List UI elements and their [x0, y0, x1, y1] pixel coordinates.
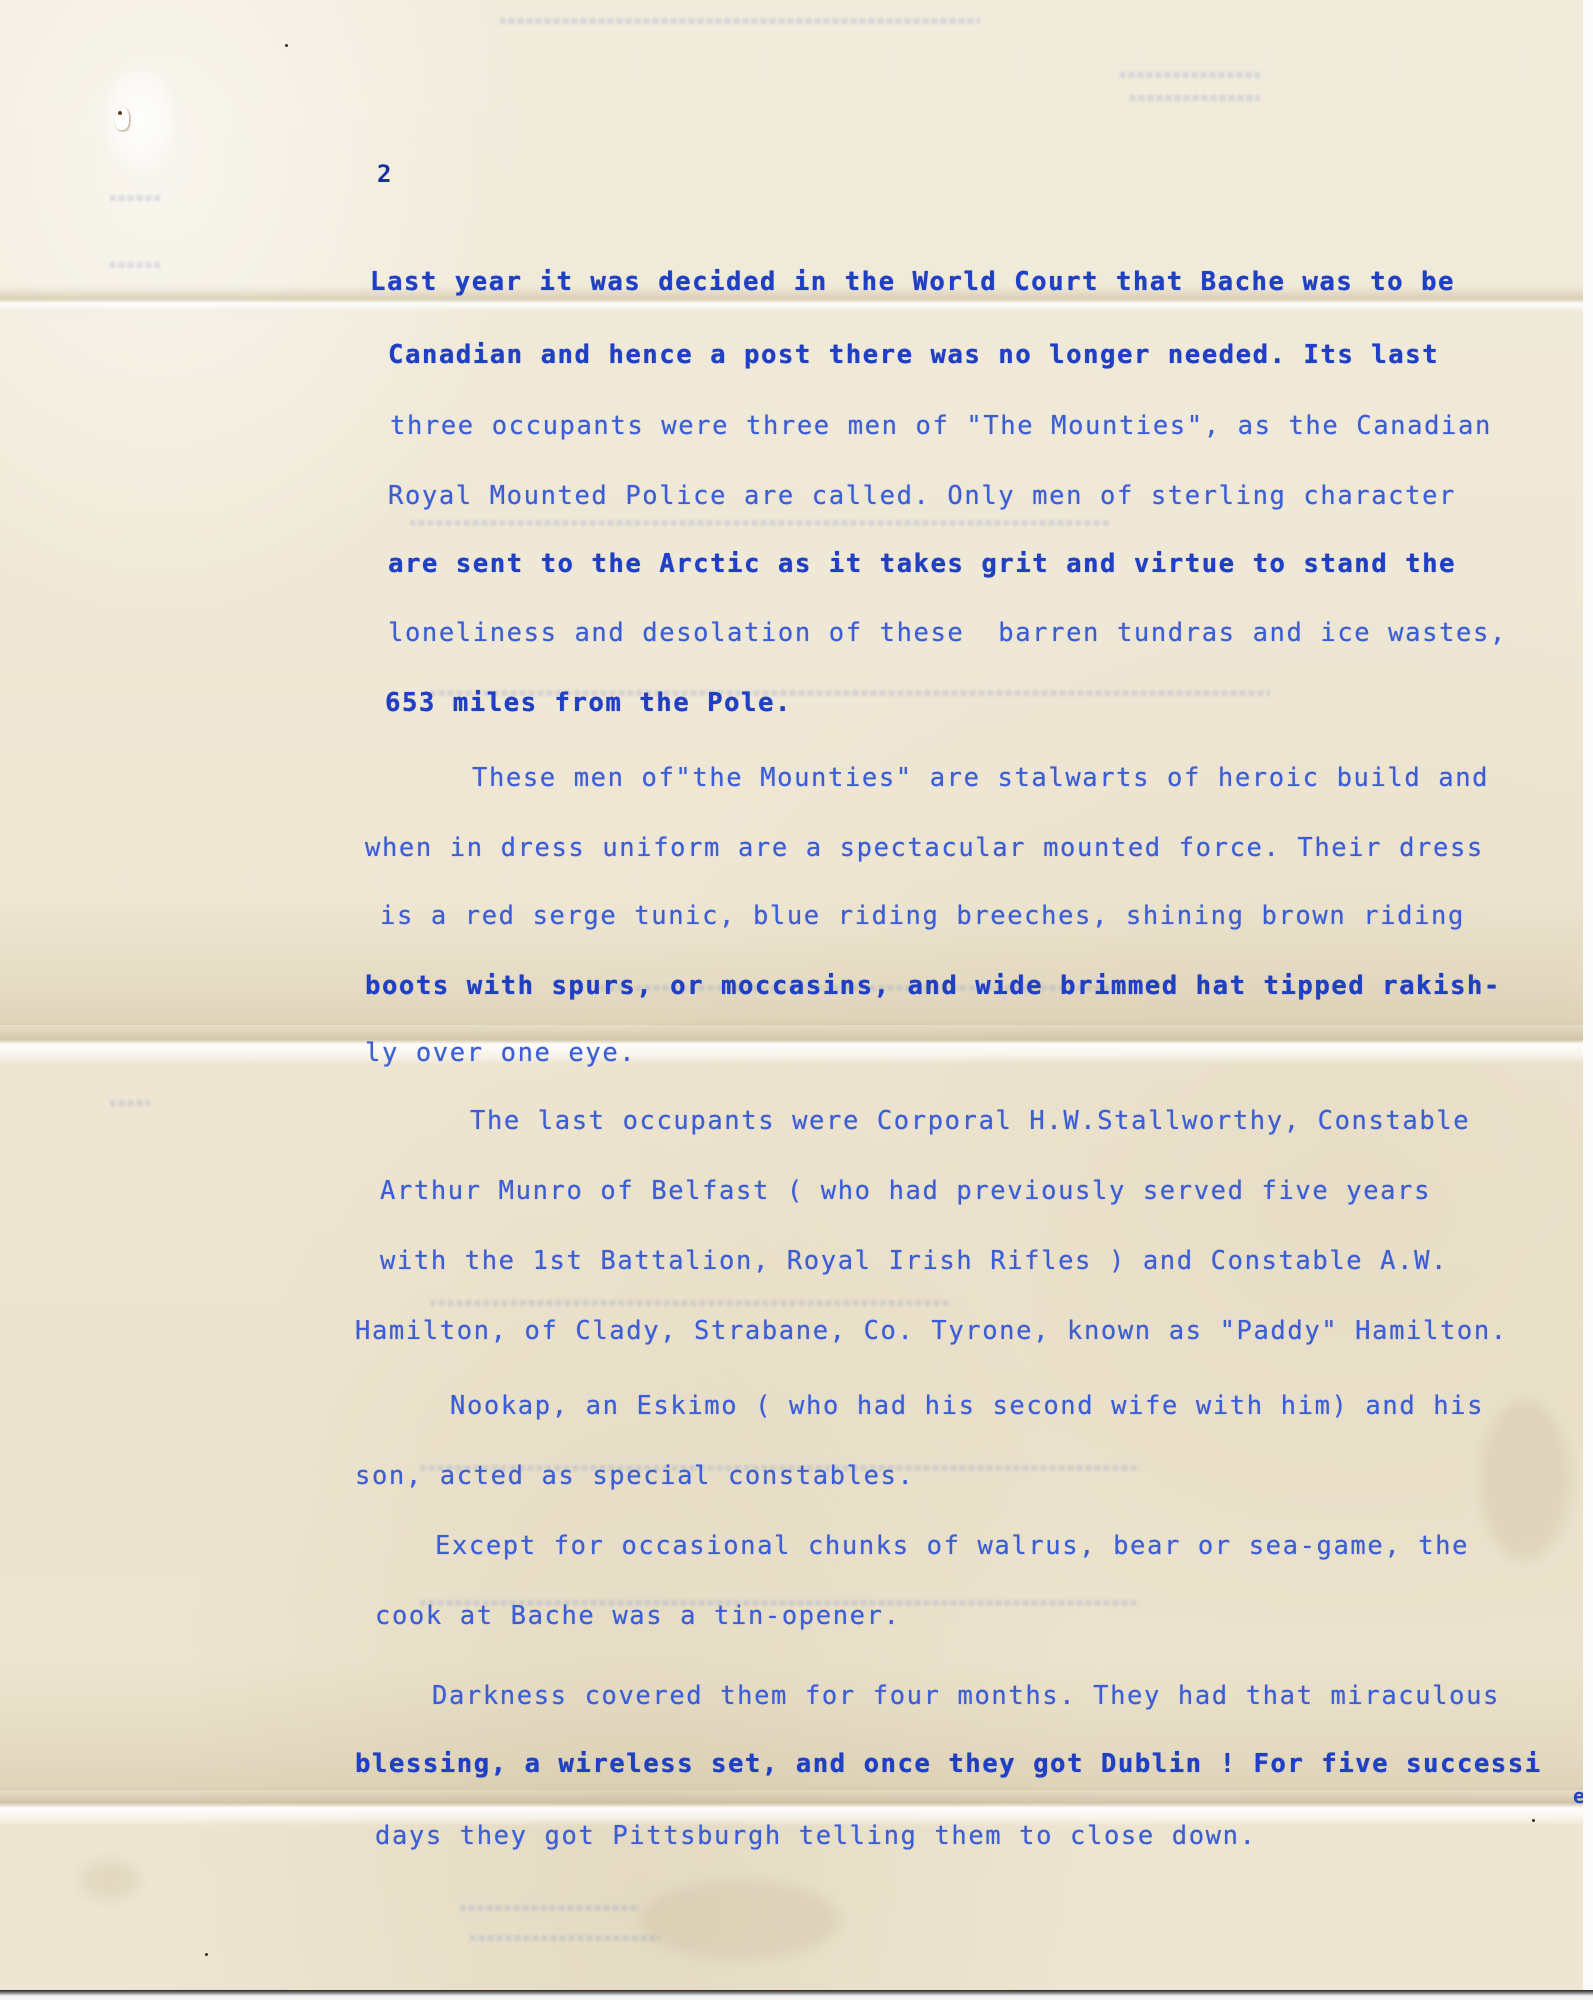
text-line: loneliness and desolation of these barre…: [388, 621, 1507, 647]
offset-ghost-text: [410, 520, 1110, 526]
scan-edge-bottom: [0, 1990, 1593, 2000]
text-line: with the 1st Battalion, Royal Irish Rifl…: [380, 1249, 1448, 1275]
paper-stain: [1480, 1400, 1570, 1560]
offset-ghost-text: [500, 18, 980, 24]
offset-ghost-text: [430, 1300, 950, 1306]
offset-ghost-text: [110, 195, 160, 201]
text-line: Darkness covered them for four months. T…: [432, 1684, 1500, 1710]
typewritten-page: 2 Last year it was decided in the World …: [0, 0, 1593, 2000]
text-line: Except for occasional chunks of walrus, …: [435, 1534, 1469, 1560]
text-line: These men of"the Mounties" are stalwarts…: [472, 766, 1489, 792]
text-line: son, acted as special constables.: [355, 1464, 914, 1490]
punch-hole-area: [100, 70, 180, 180]
offset-ghost-text: [460, 1905, 640, 1911]
text-line: The last occupants were Corporal H.W.Sta…: [470, 1109, 1470, 1135]
fold-crease-bottom: [0, 1786, 1583, 1826]
fold-crease-middle: [0, 1020, 1583, 1064]
text-line: Royal Mounted Police are called. Only me…: [388, 484, 1456, 510]
rust-spot: [118, 111, 122, 115]
scan-edge-right: [1583, 0, 1593, 2000]
text-line: boots with spurs, or moccasins, and wide…: [365, 974, 1501, 1000]
text-line: Nookap, an Eskimo ( who had his second w…: [450, 1394, 1484, 1420]
text-line: are sent to the Arctic as it takes grit …: [388, 552, 1456, 578]
text-line: Hamilton, of Clady, Strabane, Co. Tyrone…: [355, 1319, 1508, 1345]
paper-speck: [205, 1953, 208, 1956]
text-line: Canadian and hence a post there was no l…: [388, 343, 1439, 369]
offset-ghost-text: [470, 1935, 660, 1941]
paper-speck: [1532, 1819, 1535, 1822]
offset-ghost-text: [110, 262, 160, 268]
tear-mark: [115, 108, 129, 130]
text-line: 653 miles from the Pole.: [385, 691, 792, 717]
page-number: 2: [377, 160, 391, 188]
text-line: when in dress uniform are a spectacular …: [365, 836, 1484, 862]
text-line: Arthur Munro of Belfast ( who had previo…: [380, 1179, 1431, 1205]
text-line: days they got Pittsburgh telling them to…: [375, 1824, 1257, 1850]
text-line: cook at Bache was a tin-opener.: [375, 1604, 901, 1630]
paper-stain: [640, 1880, 840, 1960]
text-line: blessing, a wireless set, and once they …: [355, 1752, 1542, 1778]
text-line: Last year it was decided in the World Co…: [370, 270, 1455, 296]
paper-stain: [80, 1860, 140, 1900]
offset-ghost-text: [1120, 72, 1260, 78]
offset-ghost-text: [110, 1100, 150, 1106]
text-line: ly over one eye.: [365, 1041, 636, 1067]
text-line: is a red serge tunic, blue riding breech…: [380, 904, 1465, 930]
paper-speck: [285, 44, 288, 47]
offset-ghost-text: [1130, 95, 1260, 101]
text-line: three occupants were three men of "The M…: [390, 414, 1492, 440]
